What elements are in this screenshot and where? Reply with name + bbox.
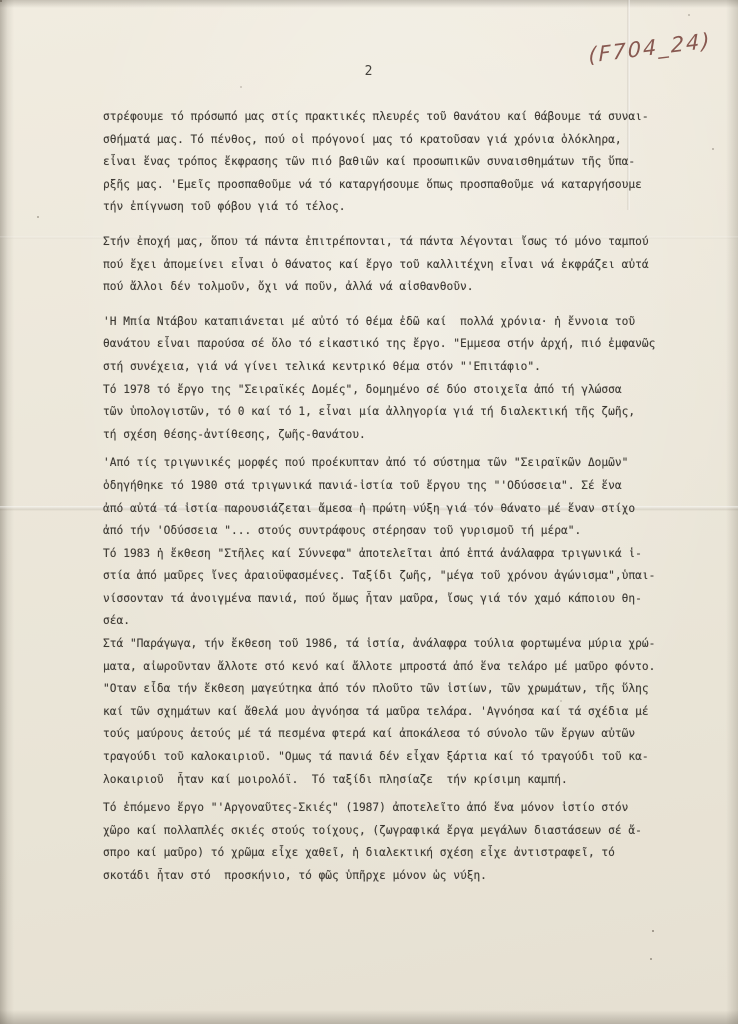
paragraph: στρέφουμε τό πρόσωπό μας στίς πρακτικές … — [103, 106, 669, 219]
paragraph: Τό 1978 τό ἔργο της "Σειραϊκές Δομές", δ… — [103, 379, 669, 447]
paragraph: Τό 1983 ἡ ἔκθεση "Στῆλες καί Σύννεφα" ἀπ… — [103, 543, 669, 633]
paragraph: Στά "Παράγωγα, τήν ἔκθεση τοῦ 1986, τά ἱ… — [103, 633, 669, 791]
paper-edge-bottom — [0, 1010, 738, 1024]
handwritten-code: (F704_24) — [588, 28, 711, 67]
page-number: 2 — [0, 64, 738, 79]
paper-edge-left — [0, 0, 14, 1024]
paragraph: 'Η Μπία Ντάβου καταπιάνεται μέ αὐτό τό θ… — [103, 311, 669, 379]
paragraph: Στήν ἐποχή μας, ὅπου τά πάντα ἐπιτρέποντ… — [103, 231, 669, 299]
document-body: στρέφουμε τό πρόσωπό μας στίς πρακτικές … — [103, 106, 669, 888]
scan-noise-specks — [0, 0, 2, 2]
paragraph: 'Από τίς τριγωνικές μορφές πού προέκυπτα… — [103, 452, 669, 542]
scanned-page: (F704_24) 2 στρέφουμε τό πρόσωπό μας στί… — [0, 0, 738, 1024]
paragraph: Τό ἑπόμενο ἔργο "'Αργοναῦτες-Σκιές" (198… — [103, 797, 669, 887]
paper-edge-right — [726, 0, 738, 1024]
